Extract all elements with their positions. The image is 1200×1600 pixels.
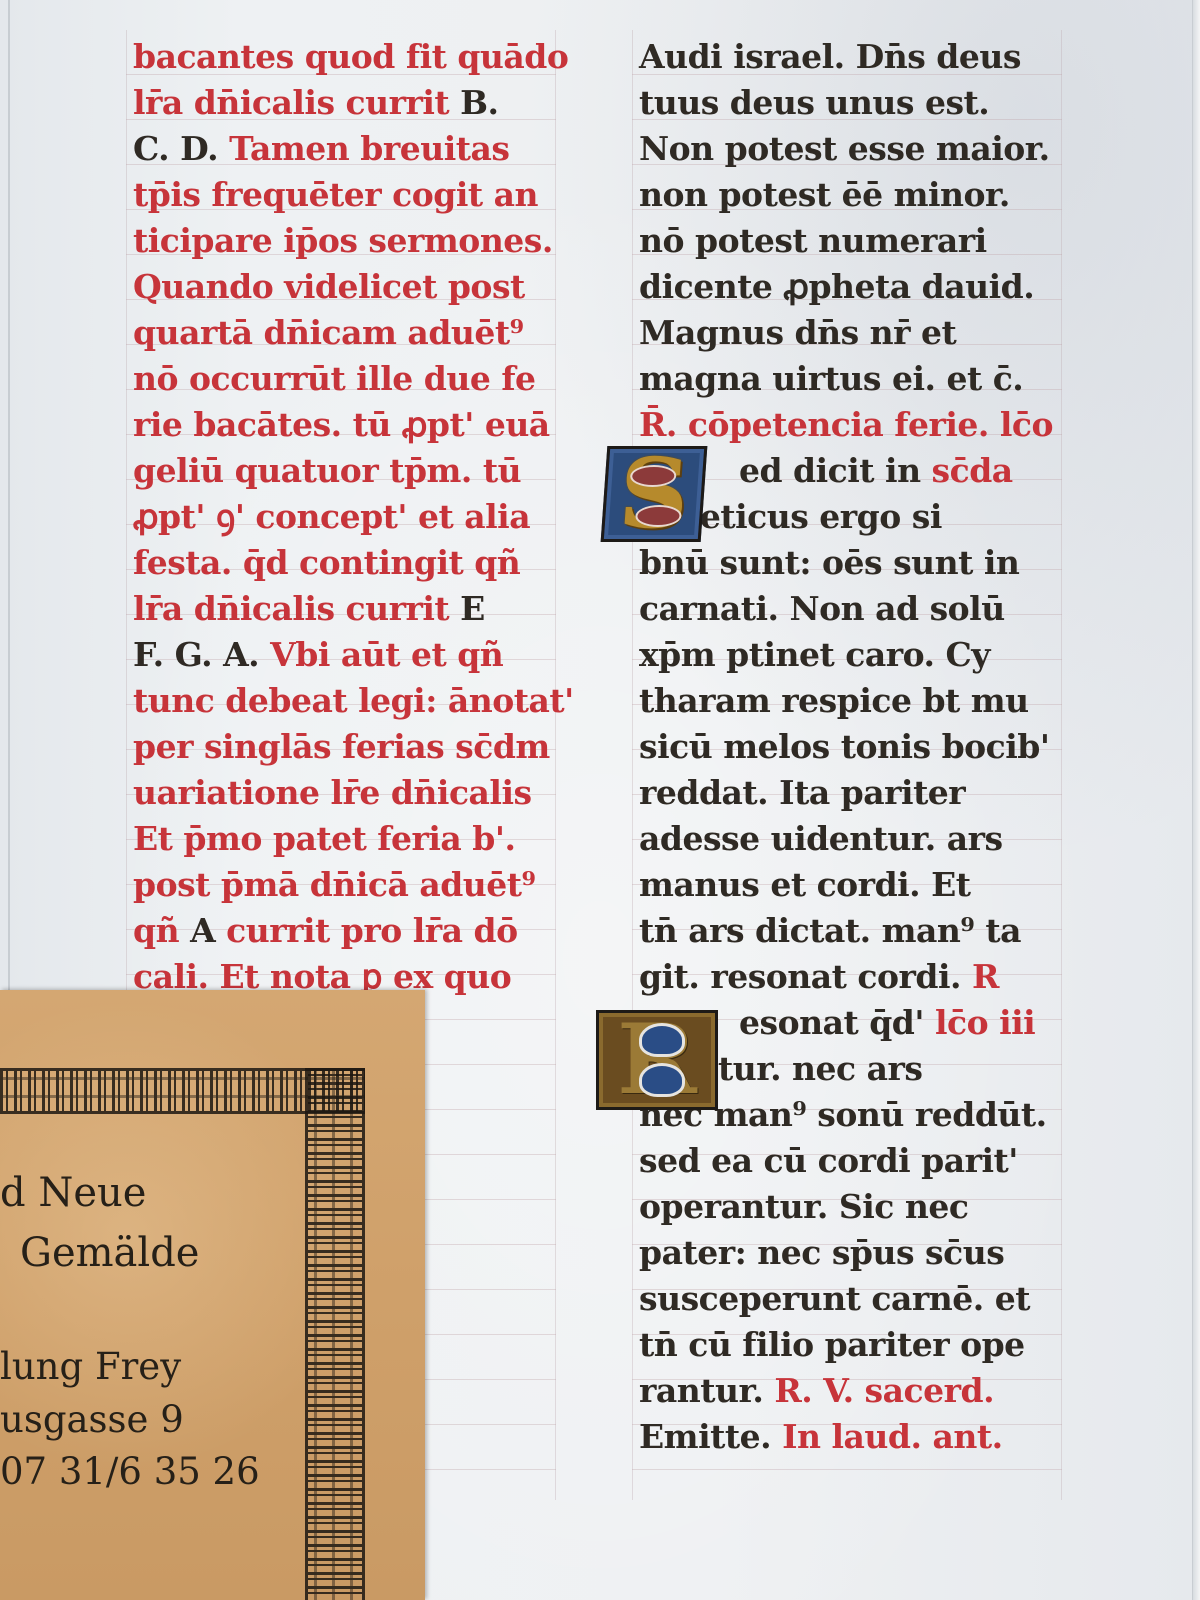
ink-text: B. (460, 83, 498, 122)
manuscript-line: sed ea cū cordi parit' (639, 1138, 1018, 1184)
manuscript-line: ꝓpt' ꝯ' concept' et alia (133, 494, 530, 540)
ink-text: tn̄ ars dictat. man⁹ ta (639, 911, 1021, 950)
manuscript-line: Emitte. In laud. ant. (639, 1414, 1003, 1460)
mount-edge (1192, 0, 1200, 1600)
manuscript-line: uariatione lr̄e dn̄icalis (133, 770, 532, 816)
rubric-text: In laud. ant. (782, 1417, 1003, 1456)
manuscript-line: sicū melos tonis bocib' (639, 724, 1049, 770)
ink-text: Emitte. (639, 1417, 782, 1456)
rubric-text: currit pro lr̄a dō (215, 911, 517, 950)
manuscript-line: qñ A currit pro lr̄a dō (133, 908, 518, 954)
ink-text: carnati. Non ad solū (639, 589, 1005, 628)
ink-text: reddat. Ita pariter (639, 773, 965, 812)
rubric-text: ticipare ip̄os sermones. (133, 221, 553, 260)
label-line-2: Gemälde (20, 1230, 199, 1276)
label-line-1: d Neue (0, 1170, 146, 1216)
manuscript-line: adesse uidentur. ars (639, 816, 1003, 862)
ink-text: xp̄m ptinet caro. Cy (639, 635, 990, 674)
manuscript-line: Magnus dn̄s nr̄ et (639, 310, 956, 356)
dealer-label: d Neue Gemälde lung Frey usgasse 9 07 31… (0, 990, 425, 1600)
ink-text: tuus deus unus est. (639, 83, 989, 122)
manuscript-line: nō potest numerari (639, 218, 987, 264)
manuscript-line: geliū quatuor tp̄m. tū (133, 448, 521, 494)
rubric-text: geliū quatuor tp̄m. tū (133, 451, 521, 490)
manuscript-line: R̄. cōpetencia ferie. lc̄o (639, 402, 1053, 448)
ink-text: susceperunt carnē. et (639, 1279, 1030, 1318)
rubric-text: uariatione lr̄e dn̄icalis (133, 773, 532, 812)
manuscript-line: manus et cordi. Et (639, 862, 971, 908)
rubric-text: lr̄a dn̄icalis currit (133, 589, 460, 628)
manuscript-line: bacantes quod fit quādo (133, 34, 568, 80)
manuscript-line: bnū sunt: oēs sunt in (639, 540, 1019, 586)
rubric-text: qñ (133, 911, 190, 950)
ink-text: rantur. (639, 1371, 774, 1410)
rubric-text: per singlās ferias sc̄dm (133, 727, 550, 766)
manuscript-line: tunc debeat legi: ānotat' (133, 678, 574, 724)
rubric-text: lr̄a dn̄icalis currit (133, 83, 460, 122)
rubric-text: quartā dn̄icam aduēt⁹ (133, 313, 524, 352)
ink-text: F. G. A. (133, 635, 270, 674)
label-phone: 07 31/6 35 26 (0, 1450, 260, 1493)
manuscript-line: rantur. R. V. sacerd. (639, 1368, 994, 1414)
rubric-text: Quando videlicet post (133, 267, 525, 306)
manuscript-line: xp̄m ptinet caro. Cy (639, 632, 990, 678)
ink-text: nō potest numerari (639, 221, 987, 260)
ink-text: bnū sunt: oēs sunt in (639, 543, 1019, 582)
manuscript-line: rie bacātes. tū ꝓpt' euā (133, 402, 550, 448)
manuscript-line: carnati. Non ad solū (639, 586, 1005, 632)
manuscript-line: operantur. Sic nec (639, 1184, 968, 1230)
rubric-text: rie bacātes. tū ꝓpt' euā (133, 405, 550, 444)
rubric-text: R̄. cōpetencia ferie. lc̄o (639, 405, 1053, 444)
ink-text: esonat q̄d' (739, 1003, 935, 1042)
ink-text: adesse uidentur. ars (639, 819, 1003, 858)
ink-text: Audi israel. Dn̄s deus (639, 37, 1021, 76)
manuscript-line: ed dicit in sc̄da (739, 448, 1013, 494)
ink-text: E (460, 589, 485, 628)
manuscript-line: esonat q̄d' lc̄o iii (739, 1000, 1035, 1046)
manuscript-line: tp̄is frequēter cogit an (133, 172, 538, 218)
ink-text: operantur. Sic nec (639, 1187, 968, 1226)
manuscript-line: non potest ēē minor. (639, 172, 1010, 218)
rubric-text: Tamen breuitas (229, 129, 509, 168)
rubric-text: sc̄da (921, 451, 1013, 490)
rubric-text: R (972, 957, 999, 996)
ink-text: ed dicit in (739, 451, 921, 490)
manuscript-line: per singlās ferias sc̄dm (133, 724, 550, 770)
illuminated-initial-s: S (601, 446, 708, 542)
rubric-text: post p̄mā dn̄icā aduēt⁹ (133, 865, 535, 904)
manuscript-line: tn̄ ars dictat. man⁹ ta (639, 908, 1021, 954)
manuscript-line: Quando videlicet post (133, 264, 525, 310)
manuscript-line: git. resonat cordi. R (639, 954, 999, 1000)
ornamental-border-right (305, 1068, 365, 1600)
rubric-text: nō occurrūt ille due fe (133, 359, 536, 398)
rubric-text: Vbi aūt et qñ (270, 635, 503, 674)
manuscript-line: dicente ꝓpheta dauid. (639, 264, 1034, 310)
manuscript-line: pater: nec sp̄us sc̄us (639, 1230, 1004, 1276)
manuscript-line: quartā dn̄icam aduēt⁹ (133, 310, 524, 356)
ink-text: dicente ꝓpheta dauid. (639, 267, 1034, 306)
manuscript-line: Audi israel. Dn̄s deus (639, 34, 1021, 80)
ink-text: sed ea cū cordi parit' (639, 1141, 1018, 1180)
manuscript-line: reddat. Ita pariter (639, 770, 965, 816)
rubric-text: tp̄is frequēter cogit an (133, 175, 538, 214)
initial-letter: S (616, 446, 692, 542)
label-line-3: lung Frey (0, 1345, 181, 1388)
ink-text: sicū melos tonis bocib' (639, 727, 1049, 766)
manuscript-line: post p̄mā dn̄icā aduēt⁹ (133, 862, 535, 908)
ink-text: magna uirtus ei. et c̄. (639, 359, 1023, 398)
rubric-text: lc̄o iii (935, 1003, 1035, 1042)
rubric-text: tunc debeat legi: ānotat' (133, 681, 574, 720)
ink-text: tharam respice bt mu (639, 681, 1029, 720)
rubric-text: bacantes quod fit quādo (133, 37, 568, 76)
manuscript-line: Non potest esse maior. (639, 126, 1050, 172)
ink-text: non potest ēē minor. (639, 175, 1010, 214)
manuscript-line: tharam respice bt mu (639, 678, 1029, 724)
manuscript-line: tuus deus unus est. (639, 80, 989, 126)
manuscript-line: lr̄a dn̄icalis currit B. (133, 80, 499, 126)
manuscript-line: festa. q̄d contingit qñ (133, 540, 520, 586)
manuscript-line: Et p̄mo patet feria b'. (133, 816, 515, 862)
manuscript-line: nō occurrūt ille due fe (133, 356, 536, 402)
rubric-text: R. V. sacerd. (774, 1371, 994, 1410)
right-text-column: Audi israel. Dn̄s deustuus deus unus est… (632, 30, 1062, 1500)
manuscript-line: lr̄a dn̄icalis currit E (133, 586, 485, 632)
ink-text: Magnus dn̄s nr̄ et (639, 313, 956, 352)
manuscript-line: C. D. Tamen breuitas (133, 126, 509, 172)
ink-text: tn̄ cū filio pariter ope (639, 1325, 1025, 1364)
ink-text: git. resonat cordi. (639, 957, 972, 996)
manuscript-line: F. G. A. Vbi aūt et qñ (133, 632, 503, 678)
ink-text: Non potest esse maior. (639, 129, 1050, 168)
rubric-text: Et p̄mo patet feria b'. (133, 819, 515, 858)
initial-bowl-decoration (639, 1023, 685, 1057)
initial-bowl-decoration (639, 1063, 685, 1097)
manuscript-line: ticipare ip̄os sermones. (133, 218, 553, 264)
label-line-4: usgasse 9 (0, 1398, 184, 1441)
rubric-text: festa. q̄d contingit qñ (133, 543, 520, 582)
manuscript-line: tn̄ cū filio pariter ope (639, 1322, 1025, 1368)
ink-text: C. D. (133, 129, 229, 168)
ink-text: pater: nec sp̄us sc̄us (639, 1233, 1004, 1272)
manuscript-line: magna uirtus ei. et c̄. (639, 356, 1023, 402)
rubric-text: ꝓpt' ꝯ' concept' et alia (133, 497, 530, 536)
ink-text: manus et cordi. Et (639, 865, 971, 904)
ink-text: A (190, 911, 215, 950)
manuscript-line: susceperunt carnē. et (639, 1276, 1030, 1322)
illuminated-initial-r: R (596, 1010, 718, 1110)
